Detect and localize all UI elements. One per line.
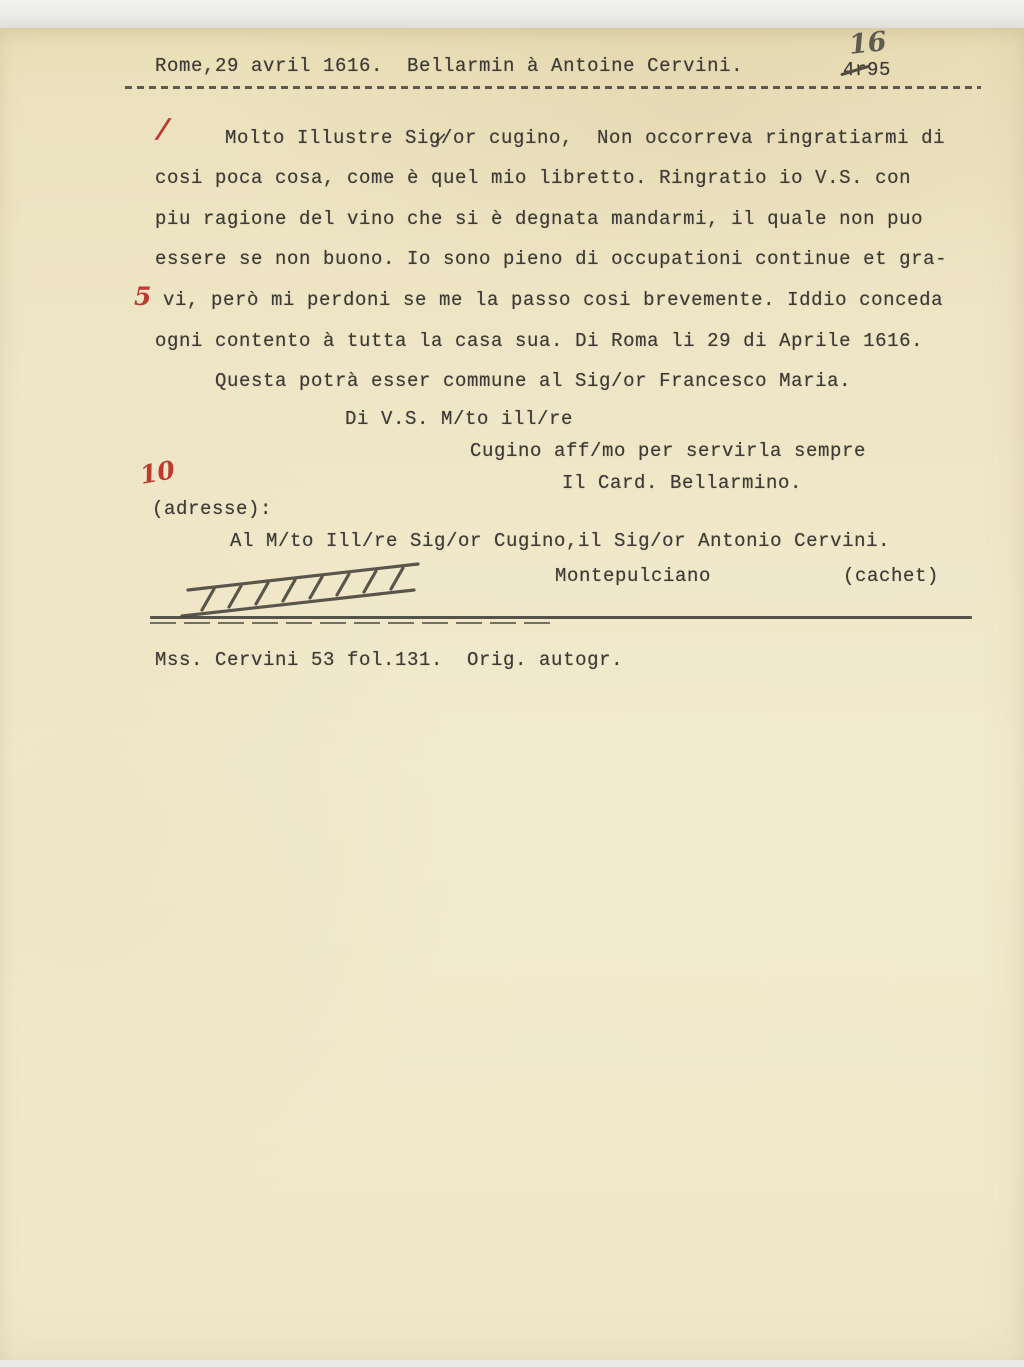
letter-line: cosi poca cosa, come è quel mio libretto… [155,166,911,190]
red-line-number-5: 5 [134,282,151,311]
closing-rule-secondary [150,622,550,624]
letter-line: Molto Illustre Sig̷/or cugino, Non occor… [225,126,945,150]
letter-line: essere se non buono. Io sono pieno di oc… [155,247,947,271]
red-line-number-10: 10 [138,455,177,490]
header-dashed-rule [125,86,981,89]
typed-folio-number: 4r95 [843,58,891,82]
scan-bottom-margin [0,1360,1024,1367]
letter-line: Questa potrà esser commune al Sig/or Fra… [215,369,851,393]
folio-number: 95 [867,59,891,81]
letter-line: Cugino aff/mo per servirla sempre [470,439,866,463]
letter-line: Di V.S. M/to ill/re [345,407,573,431]
scan-top-margin [0,0,1024,28]
address-place: Montepulciano [555,564,711,588]
document-page: Rome,29 avril 1616. Bellarmin à Antoine … [0,28,1024,1360]
closing-rule [150,616,972,619]
red-line-number-1: / [156,112,170,146]
hand-drawn-hatch-mark [180,554,428,624]
manuscript-reference: Mss. Cervini 53 fol.131. Orig. autogr. [155,648,623,672]
seal-note: (cachet) [843,564,939,588]
struck-folio-text: 4r [843,58,867,82]
letter-line: vi, però mi perdoni se me la passo cosi … [163,288,943,312]
handwritten-folio-number: 16 [847,26,888,61]
header-date-line: Rome,29 avril 1616. Bellarmin à Antoine … [155,54,743,78]
letter-line: ogni contento à tutta la casa sua. Di Ro… [155,329,923,353]
address-label: (adresse): [152,497,272,521]
letter-line: Il Card. Bellarmino. [562,471,802,495]
address-line: Al M/to Ill/re Sig/or Cugino,il Sig/or A… [230,529,890,553]
letter-line: piu ragione del vino che si è degnata ma… [155,207,923,231]
